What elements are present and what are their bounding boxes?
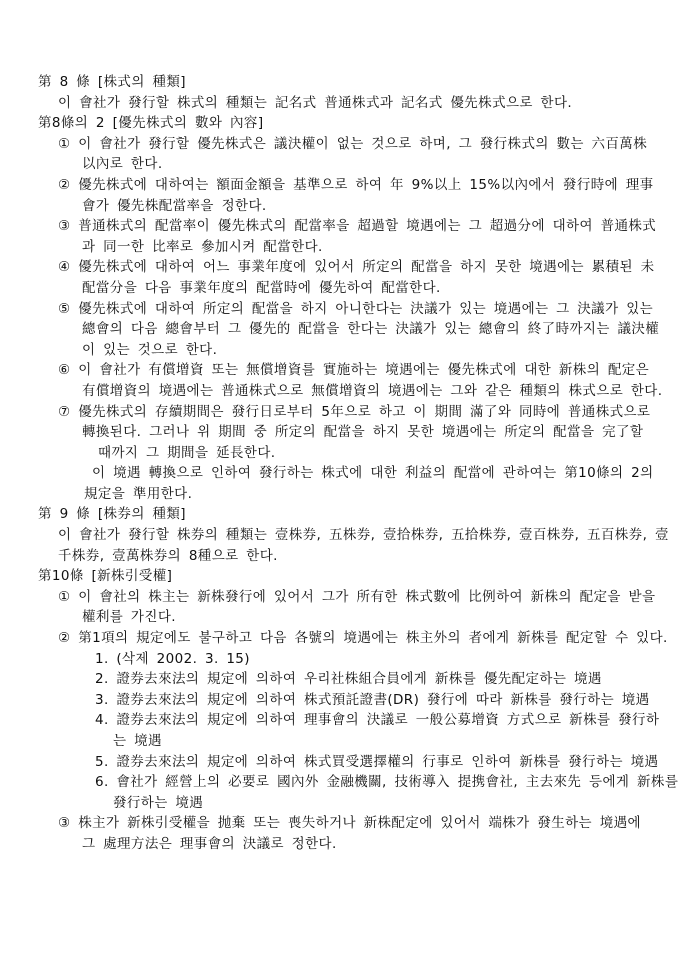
- document-line: 轉換된다. 그러나 위 期間 중 所定의 配當을 하지 못한 境遇에는 所定의 …: [0, 422, 680, 443]
- document-line: ⑦ 優先株式의 存續期間은 發行日로부터 5年으로 하고 이 期間 滿了와 同時…: [0, 402, 680, 423]
- document-line: 千株券, 壹萬株券의 8種으로 한다.: [0, 546, 680, 567]
- document-line: 6. 會社가 經營上의 必要로 國內外 金融機關, 技術導入 提携會社, 主去來…: [0, 772, 680, 793]
- document-line: 配當分을 다음 事業年度의 配當時에 優先하여 配當한다.: [0, 278, 680, 299]
- document-line: ⑥ 이 會社가 有償增資 또는 無償增資를 實施하는 境遇에는 優先株式에 대한…: [0, 360, 680, 381]
- document-line: 發行하는 境遇: [0, 793, 680, 814]
- document-body: 第 8 條 [株式의 種類]이 會社가 發行할 株式의 種類는 記名式 普通株式…: [0, 0, 680, 855]
- document-line: 第 9 條 [株券의 種類]: [0, 504, 680, 525]
- document-line: 는 境遇: [0, 731, 680, 752]
- document-line: 때까지 그 期間을 延長한다.: [0, 443, 680, 464]
- document-line: 會가 優先株配當率을 정한다.: [0, 196, 680, 217]
- document-line: 2. 證券去來法의 規定에 의하여 우리社株組合員에게 新株를 優先配定하는 境…: [0, 669, 680, 690]
- document-line: 이 있는 것으로 한다.: [0, 340, 680, 361]
- document-line: ⑤ 優先株式에 대하여 所定의 配當을 하지 아니한다는 決議가 있는 境遇에는…: [0, 299, 680, 320]
- document-line: 第 8 條 [株式의 種類]: [0, 72, 680, 93]
- document-line: 5. 證券去來法의 規定에 의하여 株式買受選擇權의 行事로 인하여 新株를 發…: [0, 752, 680, 773]
- document-line: 以內로 한다.: [0, 154, 680, 175]
- document-line: 第8條의 2 [優先株式의 數와 內容]: [0, 113, 680, 134]
- document-line: 4. 證券去來法의 規定에 의하여 理事會의 決議로 一般公募增資 方式으로 新…: [0, 710, 680, 731]
- document-line: ① 이 會社의 株主는 新株發行에 있어서 그가 所有한 株式數에 比例하여 新…: [0, 587, 680, 608]
- document-line: 有償增資의 境遇에는 普通株式으로 無償增資의 境遇에는 그와 같은 種類의 株…: [0, 381, 680, 402]
- document-line: ② 優先株式에 대하여는 額面金額을 基準으로 하여 年 9%以上 15%以內에…: [0, 175, 680, 196]
- document-line: 과 同一한 比率로 參加시켜 配當한다.: [0, 237, 680, 258]
- document-line: 權利를 가진다.: [0, 607, 680, 628]
- document-line: ③ 普通株式의 配當率이 優先株式의 配當率을 超過할 境遇에는 그 超過分에 …: [0, 216, 680, 237]
- document-line: 第10條 [新株引受權]: [0, 566, 680, 587]
- document-line: ① 이 會社가 發行할 優先株式은 議決權이 없는 것으로 하며, 그 發行株式…: [0, 134, 680, 155]
- document-line: 3. 證券去來法의 規定에 의하여 株式預託證書(DR) 發行에 따라 新株를 …: [0, 690, 680, 711]
- document-line: ② 第1項의 規定에도 불구하고 다음 各號의 境遇에는 株主外의 者에게 新株…: [0, 628, 680, 649]
- document-line: 이 境遇 轉換으로 인하여 發行하는 株式에 대한 利益의 配當에 관하여는 第…: [0, 463, 680, 484]
- document-line: ④ 優先株式에 대하여 어느 事業年度에 있어서 所定의 配當을 하지 못한 境…: [0, 257, 680, 278]
- document-line: 이 會社가 發行할 株券의 種類는 壹株券, 五株券, 壹拾株券, 五拾株券, …: [0, 525, 680, 546]
- document-line: 規定을 準用한다.: [0, 484, 680, 505]
- document-line: ③ 株主가 新株引受權을 抛棄 또는 喪失하거나 新株配定에 있어서 端株가 發…: [0, 813, 680, 834]
- document-line: 이 會社가 發行할 株式의 種類는 記名式 普通株式과 記名式 優先株式으로 한…: [0, 93, 680, 114]
- document-line: 1. (삭제 2002. 3. 15): [0, 649, 680, 670]
- document-line: 總會의 다음 總會부터 그 優先的 配當을 한다는 決議가 있는 總會의 終了時…: [0, 319, 680, 340]
- document-page: 第 8 條 [株式의 種類]이 會社가 發行할 株式의 種類는 記名式 普通株式…: [0, 0, 680, 962]
- document-line: 그 處理方法은 理事會의 決議로 정한다.: [0, 834, 680, 855]
